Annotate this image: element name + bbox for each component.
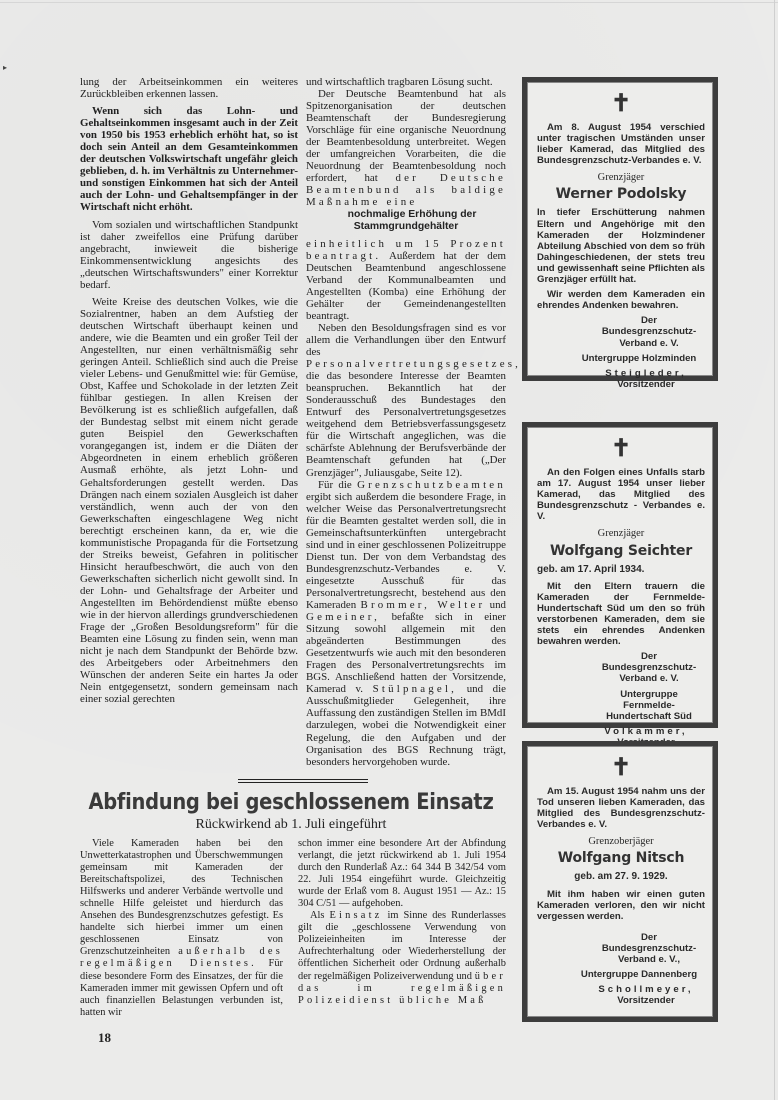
chair-title: Vorsitzender xyxy=(617,379,674,390)
obituary-body: In tiefer Erschütterung nahmen Eltern un… xyxy=(537,207,705,285)
obituary-group: Untergruppe Holzminden xyxy=(537,353,705,364)
scan-top-edge xyxy=(0,2,778,3)
paragraph: Vom sozialen und wirtschaftlichen Standp… xyxy=(80,219,298,291)
org-line: Der Bundesgrenzschutz- xyxy=(537,315,701,337)
obituary-chair: Schollmeyer,Vorsitzender xyxy=(537,984,705,1006)
paragraph: Der Deutsche Beamtenbund hat als Spitzen… xyxy=(306,88,506,208)
paragraph: Neben den Besoldungsfragen sind es vor a… xyxy=(306,322,506,479)
article2-column-1: Viele Kameraden haben bei den Unwetterka… xyxy=(80,838,283,1019)
paragraph: lung der Arbeitseinkommen ein weiteres Z… xyxy=(80,76,298,100)
spaced-name: Gemeiner, xyxy=(306,611,380,623)
margin-mark: ▸ xyxy=(3,63,7,72)
obituary-body: Mit ihm haben wir einen guten Kameraden … xyxy=(537,889,705,922)
group-line: Hundertschaft Süd xyxy=(537,711,701,722)
obituary-notice-nitsch: ✝ Am 15. August 1954 nahm uns der Tod un… xyxy=(522,741,718,1022)
article2-subheadline: Rückwirkend ab 1. Juli eingeführt xyxy=(76,817,506,833)
obituary-intro: Am 8. August 1954 verschied unter tragis… xyxy=(537,122,705,166)
obituary-chair: Steigleder,Vorsitzender xyxy=(537,368,705,390)
article1-column-1: lung der Arbeitseinkommen ein weiteres Z… xyxy=(80,76,298,705)
article1-column-2: und wirtschaftlich tragbaren Lösung such… xyxy=(306,76,506,768)
paragraph: und wirtschaftlich tragbaren Lösung such… xyxy=(306,76,506,88)
text: und xyxy=(490,599,506,611)
obituary-name: Werner Podolsky xyxy=(537,185,705,203)
obituary-rank: Grenzjäger xyxy=(537,528,705,539)
obituary-birthdate: geb. am 27. 9. 1929. xyxy=(537,871,705,882)
cross-icon: ✝ xyxy=(537,435,705,461)
obituary-rank: Grenzjäger xyxy=(537,172,705,183)
paragraph: Als Einsatz im Sinne des Runderlasses gi… xyxy=(298,910,506,1006)
org-line: Verband e. V., xyxy=(537,954,701,965)
obituary-rank: Grenzoberjäger xyxy=(537,836,705,847)
paragraph: Für die Grenzschutzbeamten ergibt sich a… xyxy=(306,479,506,768)
chair-name: Volkammer, xyxy=(587,726,705,737)
article2-column-2: schon immer eine besondere Art der Abfin… xyxy=(298,838,506,1007)
text: Für die xyxy=(318,479,352,491)
obituary-body: Wir werden dem Kameraden ein ehrendes An… xyxy=(537,289,705,311)
paragraph: Weite Kreise des deutschen Volkes, wie d… xyxy=(80,296,298,706)
obituary-group: Untergruppe Dannenberg xyxy=(537,969,705,980)
scan-right-edge xyxy=(774,0,775,1100)
obituary-organization: Der Bundesgrenzschutz-Verband e. V. xyxy=(537,651,705,684)
obituary-notice-podolsky: ✝ Am 8. August 1954 verschied unter trag… xyxy=(522,77,718,381)
text: Als xyxy=(310,910,324,921)
text: die das besondere Interesse der Beamten … xyxy=(306,370,506,478)
obituary-intro: Am 15. August 1954 nahm uns der Tod unse… xyxy=(537,786,705,830)
obituary-name: Wolfgang Nitsch xyxy=(537,849,705,867)
org-line: Verband e. V. xyxy=(537,338,701,349)
paragraph: schon immer eine besondere Art der Abfin… xyxy=(298,838,506,910)
text: Viele Kameraden haben bei den Unwetterka… xyxy=(80,838,283,957)
emphasis-heading: nochmalige Erhöhung der Stammgrundgehält… xyxy=(306,209,506,233)
obituary-intro: An den Folgen eines Unfalls starb am 17.… xyxy=(537,467,705,522)
obituary-group: Untergruppe Fernmelde-Hundertschaft Süd xyxy=(537,689,705,722)
article2-headline: Abfindung bei geschlossenem Einsatz xyxy=(76,788,506,814)
obituary-organization: Der Bundesgrenzschutz-Verband e. V. xyxy=(537,315,705,348)
spaced-name: Stülpnagel, xyxy=(373,683,458,695)
org-line: Verband e. V. xyxy=(537,673,701,684)
obituary-name: Wolfgang Seichter xyxy=(537,542,705,560)
org-line: Der Bundesgrenzschutz- xyxy=(537,932,701,954)
text: Der Deutsche Beamtenbund hat als Spitzen… xyxy=(306,88,506,184)
org-line: Der Bundesgrenzschutz- xyxy=(537,651,701,673)
text: Neben den Besoldungsfragen sind es vor a… xyxy=(306,322,506,358)
double-rule-divider xyxy=(238,779,368,783)
cross-icon: ✝ xyxy=(537,90,705,116)
obituary-body: Mit den Eltern trauern die Kameraden der… xyxy=(537,581,705,648)
spaced-text: Personalvertretungsgesetzes, xyxy=(306,358,521,370)
paragraph-bold: Wenn sich das Lohn- und Gehaltseinkommen… xyxy=(80,105,298,213)
spaced-name: Brommer, Welter xyxy=(360,599,485,611)
chair-name: Steigleder, xyxy=(587,368,705,379)
chair-title: Vorsitzender xyxy=(617,995,674,1006)
spaced-text: Einsatz xyxy=(329,910,382,921)
paragraph: einheitlich um 15 Prozent beantragt. Auß… xyxy=(306,238,506,322)
obituary-organization: Der Bundesgrenzschutz-Verband e. V., xyxy=(537,932,705,965)
newspaper-page: ▸ lung der Arbeitseinkommen ein weiteres… xyxy=(0,0,778,1100)
text: ergibt sich außerdem die besondere Frage… xyxy=(306,491,506,611)
page-number: 18 xyxy=(98,1030,111,1046)
chair-name: Schollmeyer, xyxy=(587,984,705,995)
obituary-notice-seichter: ✝ An den Folgen eines Unfalls starb am 1… xyxy=(522,422,718,728)
spaced-text: Grenzschutzbeamten xyxy=(357,479,506,491)
text: und die Ausschußmitglieder Gelegenheit, … xyxy=(306,683,506,767)
paragraph: Viele Kameraden haben bei den Unwetterka… xyxy=(80,838,283,1019)
obituary-birthdate: geb. am 17. April 1934. xyxy=(537,564,705,575)
group-line: Untergruppe Fernmelde- xyxy=(537,689,701,711)
cross-icon: ✝ xyxy=(537,754,705,780)
